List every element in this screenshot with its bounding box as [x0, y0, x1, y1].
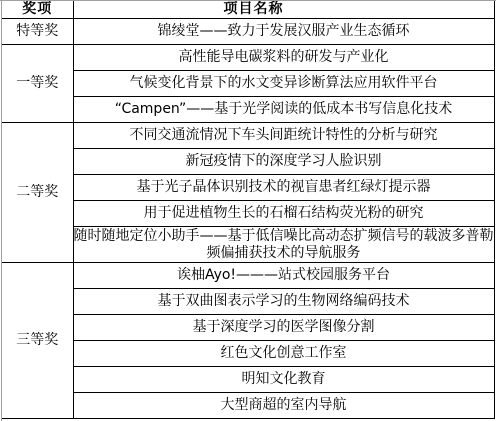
- table-row: 三等奖 诶柚Ayo!———站式校园服务平台: [2, 263, 494, 289]
- award-cell-special[interactable]: 特等奖: [2, 19, 73, 45]
- project-cell[interactable]: 基于光子晶体识别技术的视盲患者红绿灯提示器: [73, 175, 494, 201]
- award-cell-third[interactable]: 三等奖: [2, 263, 73, 419]
- project-cell[interactable]: 新冠疫情下的深度学习人脸识别: [73, 149, 494, 175]
- award-cell-second[interactable]: 二等奖: [2, 123, 73, 263]
- table-row: 红色文化创意工作室: [2, 341, 494, 367]
- project-cell[interactable]: 诶柚Ayo!———站式校园服务平台: [73, 263, 494, 289]
- table-row: 新冠疫情下的深度学习人脸识别: [2, 149, 494, 175]
- project-cell[interactable]: 不同交通流情况下车头间距统计特性的分析与研究: [73, 123, 494, 149]
- project-cell[interactable]: “Campen”——基于光学阅读的低成本书写信息化技术: [73, 97, 494, 123]
- table-row: 特等奖 锦绫堂——致力于发展汉服产业生态循环: [2, 19, 494, 45]
- table-row: 明知文化教育: [2, 367, 494, 393]
- table-row: 一等奖 高性能导电碳浆料的研发与产业化: [2, 45, 494, 71]
- project-cell[interactable]: 大型商超的室内导航: [73, 393, 494, 419]
- project-cell[interactable]: 用于促进植物生长的石榴石结构荧光粉的研究: [73, 201, 494, 227]
- table-row: 随时随地定位小助手——基于低信噪比高动态扩频信号的载波多普勒频偏捕获技术的导航服…: [2, 227, 494, 263]
- project-cell[interactable]: 基于深度学习的医学图像分割: [73, 315, 494, 341]
- header-row: 奖项 项目名称: [2, 1, 494, 19]
- project-cell[interactable]: 锦绫堂——致力于发展汉服产业生态循环: [73, 19, 494, 45]
- project-cell[interactable]: 红色文化创意工作室: [73, 341, 494, 367]
- header-award[interactable]: 奖项: [2, 1, 73, 19]
- header-project-name[interactable]: 项目名称: [73, 1, 494, 19]
- project-cell[interactable]: 气候变化背景下的水文变异诊断算法应用软件平台: [73, 71, 494, 97]
- award-cell-first[interactable]: 一等奖: [2, 45, 73, 123]
- project-cell[interactable]: 基于双曲图表示学习的生物网络编码技术: [73, 289, 494, 315]
- table-row: 基于光子晶体识别技术的视盲患者红绿灯提示器: [2, 175, 494, 201]
- table-row: “Campen”——基于光学阅读的低成本书写信息化技术: [2, 97, 494, 123]
- project-cell[interactable]: 随时随地定位小助手——基于低信噪比高动态扩频信号的载波多普勒频偏捕获技术的导航服…: [73, 227, 494, 263]
- project-cell[interactable]: 明知文化教育: [73, 367, 494, 393]
- table-row: 大型商超的室内导航: [2, 393, 494, 419]
- table-row: 二等奖 不同交通流情况下车头间距统计特性的分析与研究: [2, 123, 494, 149]
- table-row: 基于深度学习的医学图像分割: [2, 315, 494, 341]
- awards-table: 奖项 项目名称 特等奖 锦绫堂——致力于发展汉服产业生态循环 一等奖 高性能导电…: [2, 1, 495, 419]
- table-row: 气候变化背景下的水文变异诊断算法应用软件平台: [2, 71, 494, 97]
- table-row: 基于双曲图表示学习的生物网络编码技术: [2, 289, 494, 315]
- table-row: 用于促进植物生长的石榴石结构荧光粉的研究: [2, 201, 494, 227]
- project-cell[interactable]: 高性能导电碳浆料的研发与产业化: [73, 45, 494, 71]
